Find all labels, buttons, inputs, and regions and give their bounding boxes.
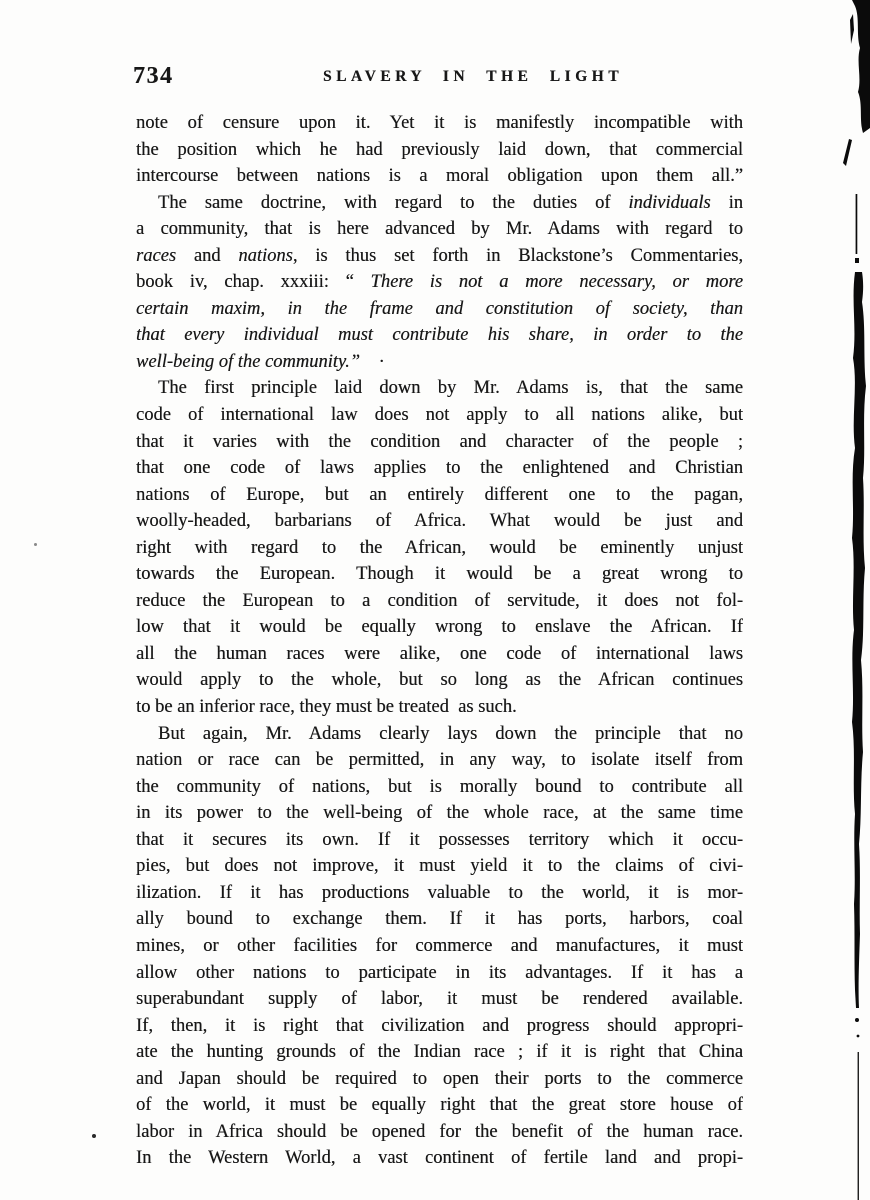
text-line: to be an inferior race, they must be tre… [136,694,743,721]
paragraph: The first principle laid down by Mr. Ada… [136,375,743,720]
text-line: allow other nations to participate in it… [136,960,743,987]
text-line: The first principle laid down by Mr. Ada… [136,375,743,402]
text-line: In the Western World, a vast continent o… [136,1145,743,1172]
text-line: the position which he had previously lai… [136,137,743,164]
text-line: ally bound to exchange them. If it has p… [136,906,743,933]
text-line: If, then, it is right that civilization … [136,1013,743,1040]
text-line: the community of nations, but is morally… [136,774,743,801]
text-line: that it varies with the condition and ch… [136,429,743,456]
text-line: nations of Europe, but an entirely diffe… [136,482,743,509]
scan-artifact-right-edge [836,0,870,1200]
text-line: woolly-headed, barbarians of Africa. Wha… [136,508,743,535]
body-text: note of censure upon it. Yet it is manif… [136,110,743,1172]
book-page: 734 SLAVERY IN THE LIGHT note of censure… [0,0,870,1200]
ink-speck [34,543,37,546]
text-line: in its power to the well-being of the wh… [136,800,743,827]
paragraph: But again, Mr. Adams clearly lays down t… [136,721,743,1172]
text-line: The same doctrine, with regard to the du… [136,190,743,217]
text-line: well-being of the community.” · [136,349,743,376]
text-line: ilization. If it has productions valuabl… [136,880,743,907]
text-line: ate the hunting grounds of the Indian ra… [136,1039,743,1066]
text-line: low that it would be equally wrong to en… [136,614,743,641]
text-line: nation or race can be permitted, in any … [136,747,743,774]
text-line: reduce the European to a condition of se… [136,588,743,615]
text-line: would apply to the whole, but so long as… [136,667,743,694]
text-line: that it secures its own. If it possesses… [136,827,743,854]
text-line: mines, or other facilities for commerce … [136,933,743,960]
text-line: towards the European. Though it would be… [136,561,743,588]
text-line: that every individual must contribute hi… [136,322,743,349]
text-line: book iv, chap. xxxiii: “ There is not a … [136,269,743,296]
text-line: intercourse between nations is a moral o… [136,163,743,190]
text-line: labor in Africa should be opened for the… [136,1119,743,1146]
text-line: a community, that is here advanced by Mr… [136,216,743,243]
text-line: certain maxim, in the frame and constitu… [136,296,743,323]
running-header: SLAVERY IN THE LIGHT [170,68,776,86]
text-line: superabundant supply of labor, it must b… [136,986,743,1013]
page-number: 734 [133,63,174,90]
paragraph: The same doctrine, with regard to the du… [136,190,743,376]
text-line: But again, Mr. Adams clearly lays down t… [136,721,743,748]
paragraph: note of censure upon it. Yet it is manif… [136,110,743,190]
text-line: that one code of laws applies to the enl… [136,455,743,482]
text-line: pies, but does not improve, it must yiel… [136,853,743,880]
text-line: code of international law does not apply… [136,402,743,429]
text-line: and Japan should be required to open the… [136,1066,743,1093]
text-line: note of censure upon it. Yet it is manif… [136,110,743,137]
text-line: races and nations, is thus set forth in … [136,243,743,270]
text-line: right with regard to the African, would … [136,535,743,562]
text-line: of the world, it must be equally right t… [136,1092,743,1119]
ink-speck [92,1134,96,1138]
text-line: all the human races were alike, one code… [136,641,743,668]
